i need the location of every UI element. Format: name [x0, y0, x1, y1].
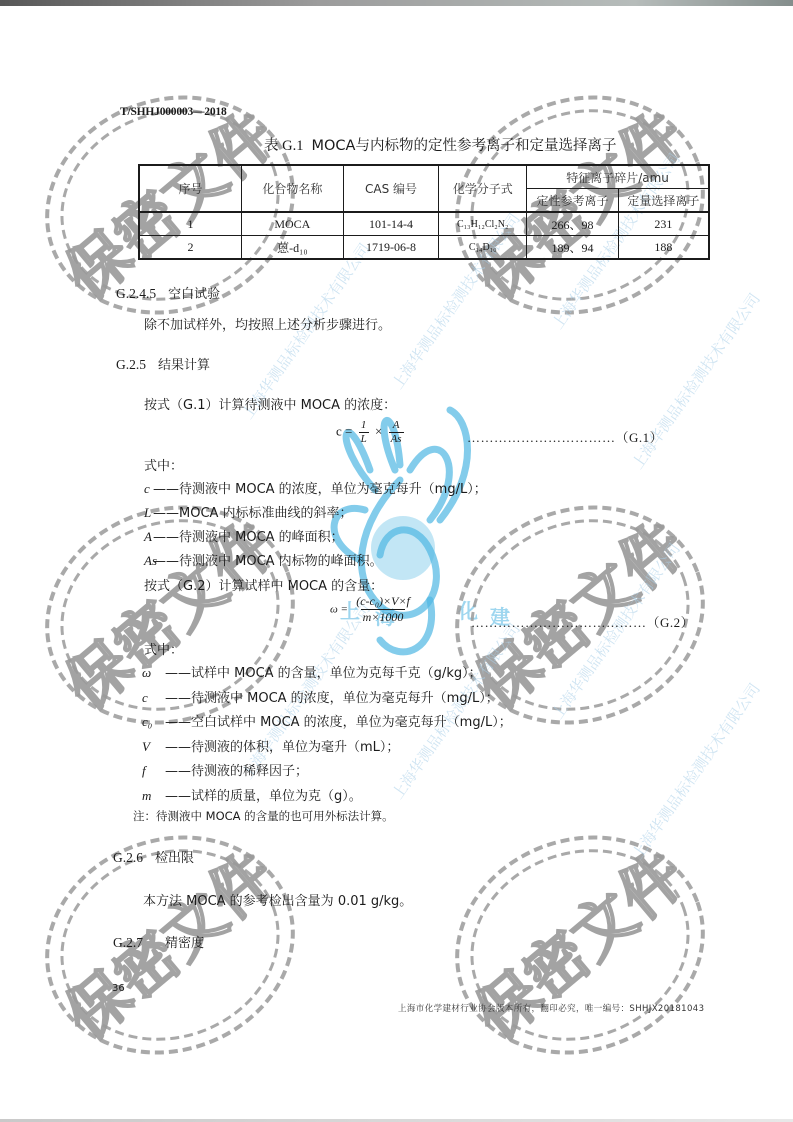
section-heading-detection-limit: G.2.6检出限: [113, 847, 194, 866]
cell-formula: C₁₄D₁₀: [439, 236, 527, 260]
section-heading-blank-test: G.2.4.5空白试验: [116, 283, 220, 302]
calculation-intro-2: 按式（G.2）计算试样中 MOCA 的含量：: [144, 575, 383, 594]
cell-compound: MOCA: [242, 212, 344, 236]
cell-formula: C₁₃H₁₂Cl₂N₂: [439, 212, 527, 236]
header-qualitative-ions: 定性参考离子: [527, 189, 619, 213]
eq1-lhs: c =: [336, 423, 352, 438]
symbol: ω: [142, 665, 165, 681]
cell-quantitative: 231: [618, 212, 709, 236]
eq2-leader: …………………………………（G.2）: [471, 612, 694, 631]
header-compound: 化合物名称: [242, 165, 344, 212]
document-page: T/SHHJ000003—2018 表 G.1MOCA与内标物的定性参考离子和定…: [0, 0, 793, 1122]
symbol-definition: c₀——空白试样中 MOCA 的浓度，单位为毫克每升（mg/L）；: [142, 711, 512, 730]
eq2-numerator: (c-c₀)×V×f: [354, 594, 412, 609]
eq1-tag: （G.1）: [616, 430, 664, 445]
symbol: As: [144, 553, 153, 569]
cell-qualitative: 266、98: [527, 212, 619, 236]
section-number: G.2.4.5: [116, 286, 156, 301]
where-label-2: 式中：: [144, 639, 183, 658]
section-number: G.2.7: [113, 935, 143, 950]
section-heading-calculation: G.2.5结果计算: [116, 354, 210, 373]
symbol-definition: A——待测液中 MOCA 的峰面积；: [144, 526, 344, 545]
eq1-frac2-numerator: A: [391, 419, 402, 432]
table-row: 1MOCA101-14-4C₁₃H₁₂Cl₂N₂266、98231: [139, 212, 709, 236]
equation-g1: c = 1L × AAs: [336, 419, 407, 446]
table-body: 1MOCA101-14-4C₁₃H₁₂Cl₂N₂266、982312蒽-d₁₀1…: [139, 212, 709, 259]
cell-index: 2: [139, 236, 242, 260]
eq1-frac1-numerator: 1: [359, 419, 369, 432]
table-caption: 表 G.1MOCA与内标物的定性参考离子和定量选择离子: [264, 134, 616, 155]
section-heading-precision: G.2.7精密度: [113, 932, 204, 951]
cell-quantitative: 188: [618, 236, 709, 260]
page-number: 36: [112, 983, 125, 994]
table-caption-number: 表 G.1: [264, 138, 303, 154]
leader-dots: …………………………………: [471, 615, 647, 630]
eq2-denominator: m×1000: [361, 609, 406, 625]
section-title: 检出限: [155, 851, 194, 866]
where-label-1: 式中：: [144, 455, 183, 474]
equation-g2: ω = (c-c₀)×V×fm×1000: [330, 594, 415, 625]
symbol-description: ——待测液的稀释因子；: [165, 764, 308, 779]
calculation-note: 注：待测液中 MOCA 的含量的也可用外标法计算。: [133, 808, 394, 824]
table-caption-title: MOCA与内标物的定性参考离子和定量选择离子: [311, 138, 616, 154]
header-formula: 化学分子式: [439, 165, 527, 212]
eq1-leader: ……………………………（G.1）: [467, 427, 663, 446]
symbol-description: ——试样中 MOCA 的含量，单位为克每千克（g/kg）；: [165, 666, 482, 681]
eq2-tag: （G.2）: [647, 615, 695, 630]
cell-qualitative: 189、94: [527, 236, 619, 260]
table-row: 2蒽-d₁₀1719-06-8C₁₄D₁₀189、94188: [139, 236, 709, 260]
header-quantitative-ions: 定量选择离子: [618, 189, 709, 213]
symbol-definition: L——MOCA 内标标准曲线的斜率；: [144, 502, 353, 521]
symbol-description: ——试样的质量，单位为克（g）。: [165, 789, 362, 804]
symbol-description: ——待测液中 MOCA 的峰面积；: [153, 530, 344, 545]
blank-test-text: 除不加试样外，均按照上述分析步骤进行。: [144, 314, 391, 333]
header-cas: CAS 编号: [343, 165, 439, 212]
cell-cas: 101-14-4: [343, 212, 439, 236]
eq1-frac1-denominator: L: [359, 432, 369, 446]
symbol-definition: f——待测液的稀释因子；: [142, 760, 308, 779]
eq1-frac2-denominator: As: [389, 432, 404, 446]
symbol: f: [142, 763, 165, 779]
section-title: 空白试验: [168, 287, 220, 302]
symbol-definition: m——试样的质量，单位为克（g）。: [142, 785, 362, 804]
eq1-times: ×: [375, 423, 382, 438]
symbol: c: [142, 690, 165, 706]
header-index: 序号: [139, 165, 242, 212]
section-title: 结果计算: [158, 358, 210, 373]
symbol-description: ——待测液中 MOCA 的浓度，单位为毫克每升（mg/L）；: [165, 691, 499, 706]
ion-table: 序号 化合物名称 CAS 编号 化学分子式 特征离子碎片/amu 定性参考离子 …: [138, 164, 710, 260]
section-number: G.2.6: [113, 850, 143, 865]
cell-index: 1: [139, 212, 242, 236]
symbol-definition: ω——试样中 MOCA 的含量，单位为克每千克（g/kg）；: [142, 662, 482, 681]
symbol-definition: V——待测液的体积，单位为毫升（mL）；: [142, 736, 399, 755]
symbol: c₀: [142, 714, 165, 730]
symbol-description: ——MOCA 内标标准曲线的斜率；: [153, 506, 353, 521]
symbol-description: ——空白试样中 MOCA 的浓度，单位为毫克每升（mg/L）；: [165, 715, 512, 730]
calculation-intro-1: 按式（G.1）计算待测液中 MOCA 的浓度：: [144, 394, 396, 413]
symbol-definition: c——待测液中 MOCA 的浓度，单位为毫克每升（mg/L）；: [142, 687, 499, 706]
symbol-description: ——待测液中 MOCA 的浓度，单位为毫克每升（mg/L）；: [153, 482, 487, 497]
eq2-lhs: ω =: [330, 603, 348, 615]
leader-dots: ……………………………: [467, 430, 616, 445]
cell-cas: 1719-06-8: [343, 236, 439, 260]
symbol-definition: As——待测液中 MOCA 内标物的峰面积。: [144, 550, 383, 569]
symbol-description: ——待测液中 MOCA 内标物的峰面积。: [153, 554, 383, 569]
section-title: 精密度: [165, 936, 204, 951]
footer-copyright: 上海市化学建材行业协会版本所有，翻印必究，唯一编号：SHHJX20181043: [398, 1002, 704, 1014]
symbol-description: ——待测液的体积，单位为毫升（mL）；: [165, 740, 399, 755]
symbol: L: [144, 505, 153, 521]
symbol: c: [144, 481, 153, 497]
header-ion-fragments: 特征离子碎片/amu: [527, 165, 709, 189]
cell-compound: 蒽-d₁₀: [242, 236, 344, 260]
document-code: T/SHHJ000003—2018: [120, 106, 227, 118]
symbol: A: [144, 529, 153, 545]
detection-limit-text: 本方法 MOCA 的参考检出含量为 0.01 g/kg。: [143, 890, 412, 909]
symbol: V: [142, 739, 165, 755]
symbol-definition: c——待测液中 MOCA 的浓度，单位为毫克每升（mg/L）；: [144, 478, 487, 497]
section-number: G.2.5: [116, 357, 146, 372]
symbol: m: [142, 788, 165, 804]
